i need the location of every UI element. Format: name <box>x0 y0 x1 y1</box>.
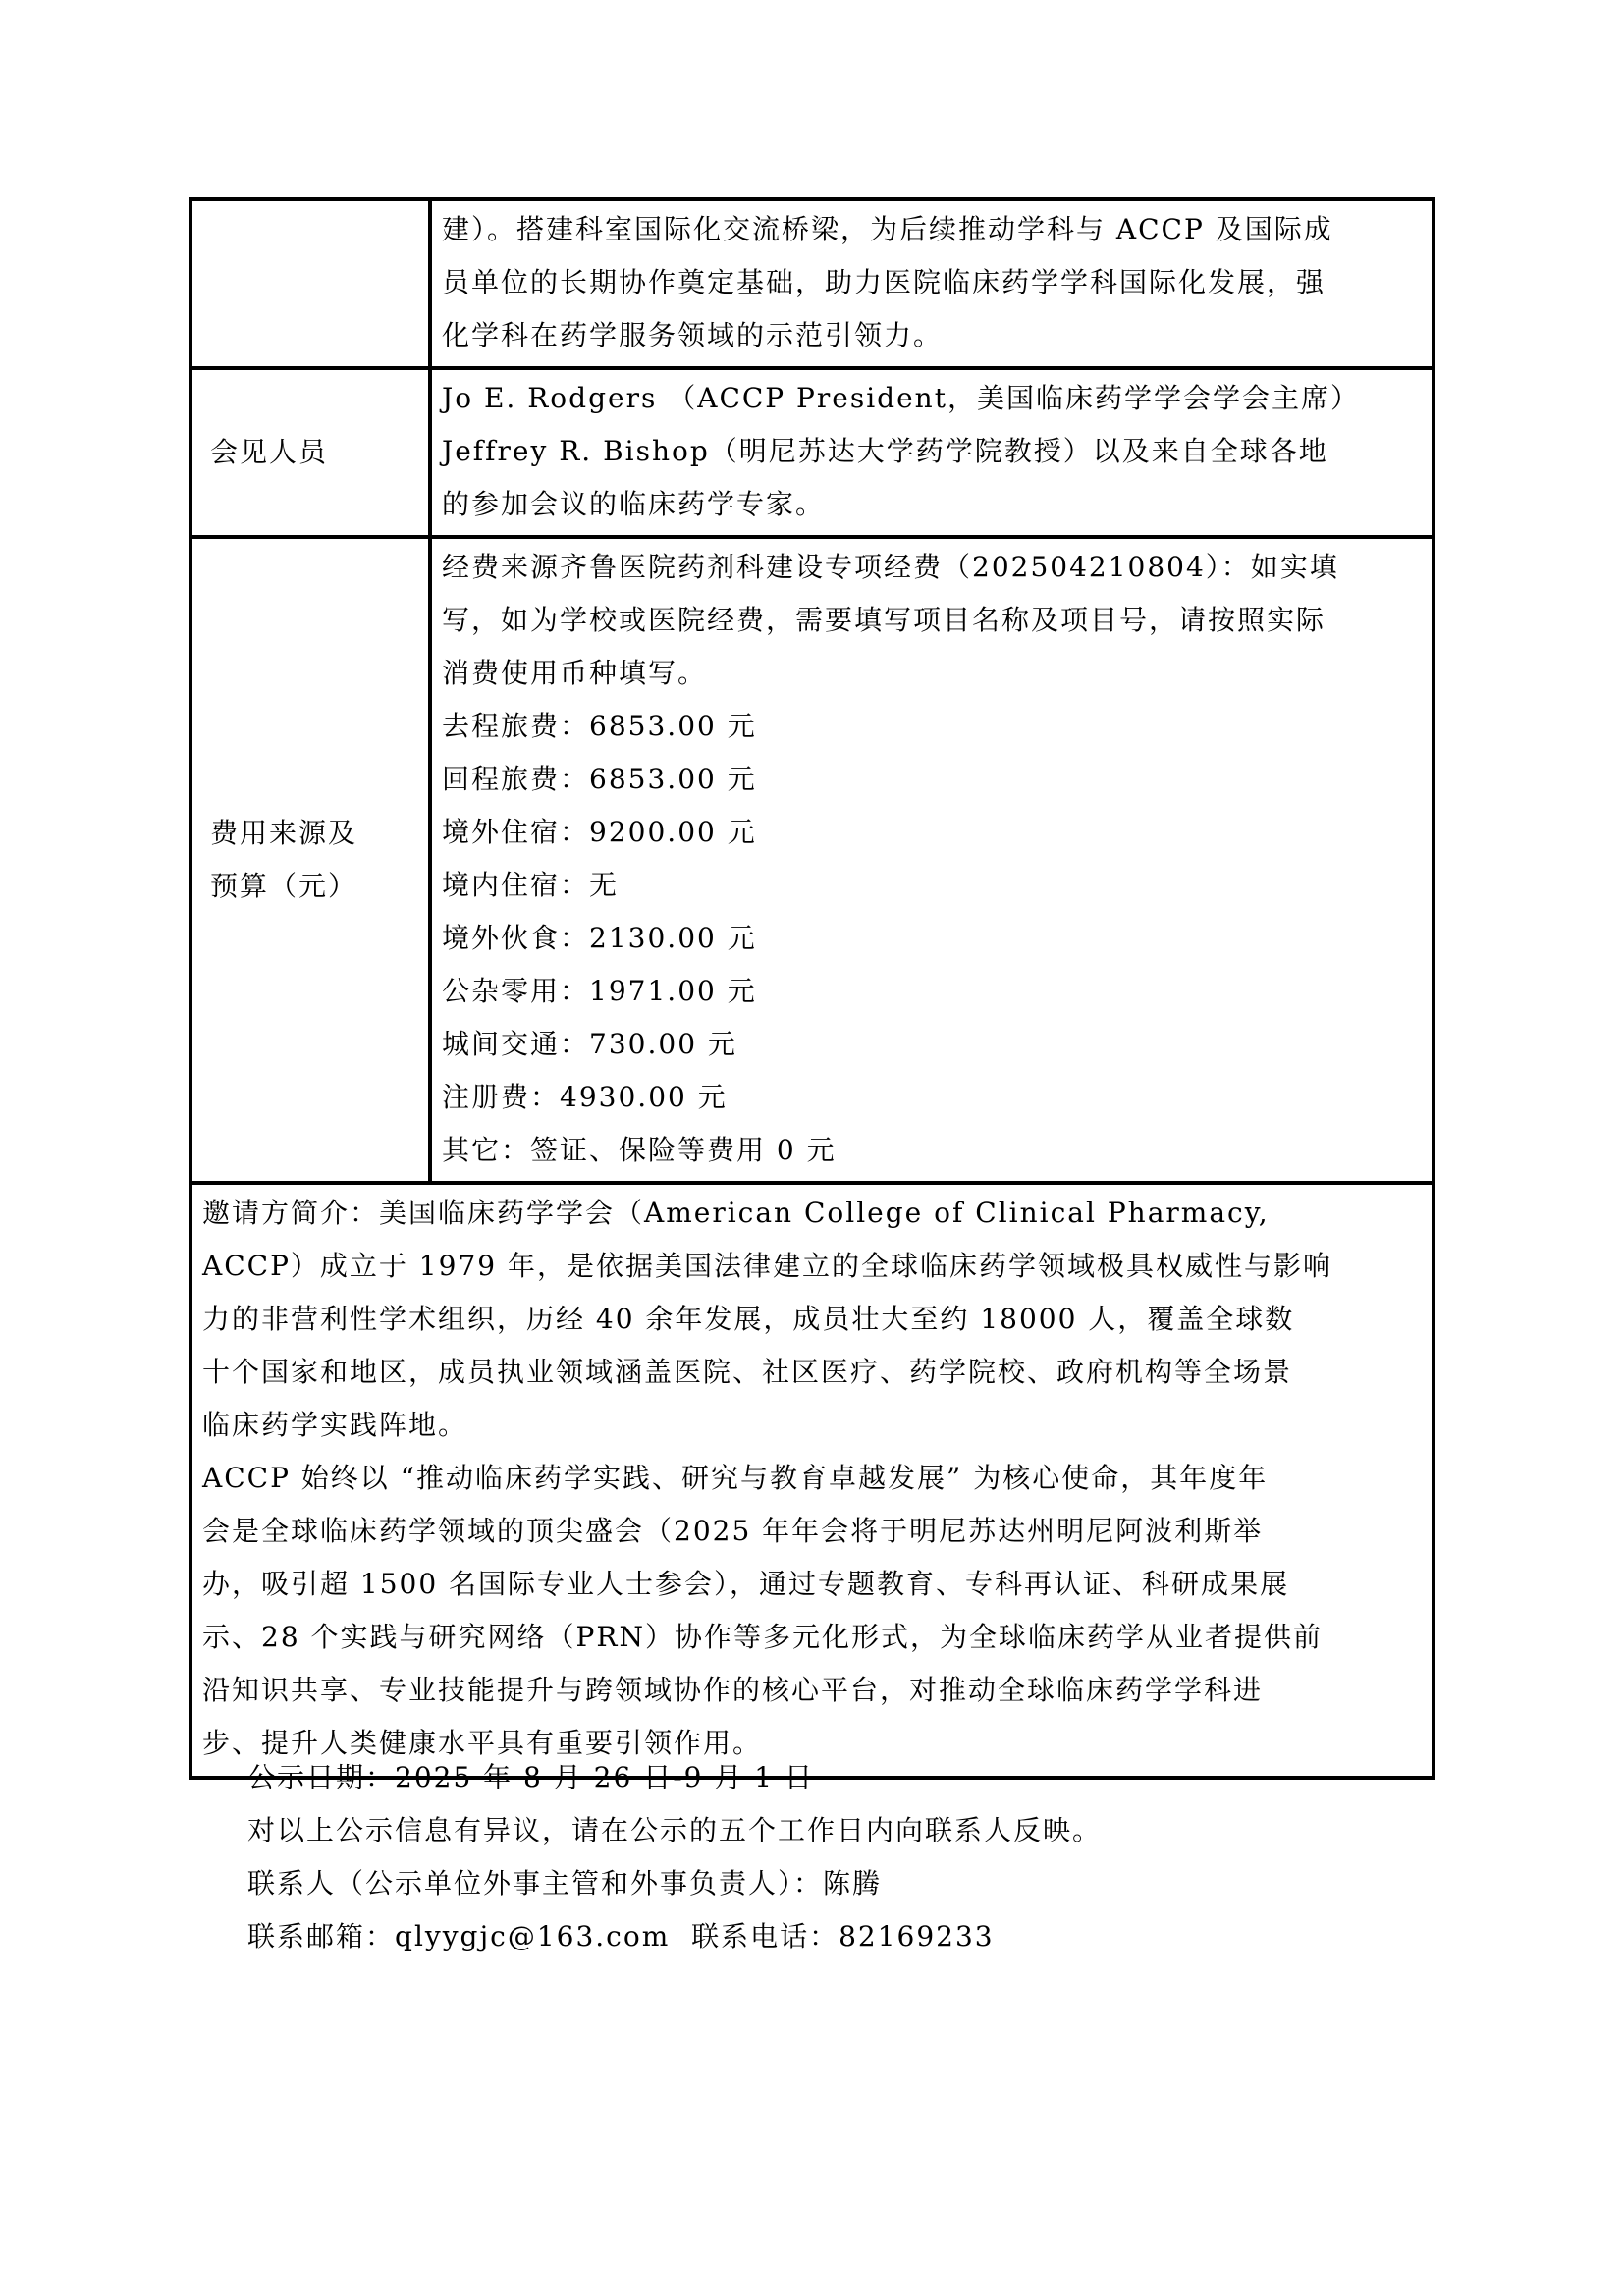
budget-item-name: 公杂零用 <box>442 975 560 1007</box>
budget-item: 回程旅费：6853.00 元 <box>442 753 1422 806</box>
inviter-intro-line: 办，吸引超 1500 名国际专业人士参会），通过专题教育、专科再认证、科研成果展 <box>202 1558 1422 1611</box>
budget-item: 公杂零用：1971.00 元 <box>442 965 1422 1018</box>
meeting-people-line: Jo E. Rodgers （ACCP President，美国临床药学学会学会… <box>442 372 1422 425</box>
meeting-people-line: Jeffrey R. Bishop（明尼苏达大学药学院教授）以及来自全球各地 <box>442 425 1422 478</box>
inviter-intro-line: 示、28 个实践与研究网络（PRN）协作等多元化形式，为全球临床药学从业者提供前 <box>202 1611 1422 1664</box>
budget-label-line: 预算（元） <box>210 860 428 913</box>
budget-item-name: 回程旅费 <box>442 763 560 795</box>
meeting-people-label: 会见人员 <box>190 368 430 537</box>
meeting-people-content: Jo E. Rodgers （ACCP President，美国临床药学学会学会… <box>430 368 1434 537</box>
contact-person: 联系人（公示单位外事主管和外事负责人）：陈腾 <box>247 1857 1102 1910</box>
budget-item-name: 境外伙食 <box>442 922 560 954</box>
purpose-line: 员单位的长期协作奠定基础，助力医院临床药学学科国际化发展，强 <box>442 256 1422 309</box>
budget-item-name: 去程旅费 <box>442 710 560 742</box>
budget-item: 境内住宿：无 <box>442 859 1422 912</box>
budget-item: 城间交通：730.00 元 <box>442 1018 1422 1071</box>
purpose-label-cell <box>190 199 430 368</box>
inviter-intro-line: 十个国家和地区，成员执业领域涵盖医院、社区医疗、药学院校、政府机构等全场景 <box>202 1346 1422 1399</box>
table-row-purpose: 建）。搭建科室国际化交流桥梁，为后续推动学科与 ACCP 及国际成 员单位的长期… <box>190 199 1434 368</box>
notice-footer: 公示日期：2025 年 8 月 26 日-9 月 1 日 对以上公示信息有异议，… <box>247 1751 1102 1963</box>
objection-note: 对以上公示信息有异议，请在公示的五个工作日内向联系人反映。 <box>247 1804 1102 1857</box>
budget-item: 去程旅费：6853.00 元 <box>442 700 1422 753</box>
budget-item-value: 730.00 元 <box>589 1028 737 1060</box>
funding-source-line: 经费来源齐鲁医院药剂科建设专项经费（202504210804）：如实填 <box>442 541 1422 594</box>
table-row-budget: 费用来源及 预算（元） 经费来源齐鲁医院药剂科建设专项经费（2025042108… <box>190 537 1434 1183</box>
contact-phone: 82169233 <box>839 1920 995 1952</box>
budget-item-name: 注册费 <box>442 1081 530 1113</box>
purpose-content-cell: 建）。搭建科室国际化交流桥梁，为后续推动学科与 ACCP 及国际成 员单位的长期… <box>430 199 1434 368</box>
application-form-table: 建）。搭建科室国际化交流桥梁，为后续推动学科与 ACCP 及国际成 员单位的长期… <box>189 197 1435 1780</box>
budget-item: 境外伙食：2130.00 元 <box>442 912 1422 965</box>
inviter-intro-line: 邀请方简介：美国临床药学学会（American College of Clini… <box>202 1187 1422 1240</box>
funding-source-line: 消费使用币种填写。 <box>442 647 1422 700</box>
inviter-intro-line: 力的非营利性学术组织，历经 40 余年发展，成员壮大至约 18000 人，覆盖全… <box>202 1293 1422 1346</box>
table-row-meeting-people: 会见人员 Jo E. Rodgers （ACCP President，美国临床药… <box>190 368 1434 537</box>
table-row-inviter-intro: 邀请方简介：美国临床药学学会（American College of Clini… <box>190 1183 1434 1778</box>
budget-item: 其它：签证、保险等费用 0 元 <box>442 1124 1422 1177</box>
budget-item-value: 签证、保险等费用 0 元 <box>530 1134 837 1166</box>
budget-item: 注册费：4930.00 元 <box>442 1071 1422 1124</box>
budget-item-value: 4930.00 元 <box>560 1081 728 1113</box>
inviter-intro-line: 沿知识共享、专业技能提升与跨领域协作的核心平台，对推动全球临床药学学科进 <box>202 1664 1422 1717</box>
contact-info: 联系邮箱：qlyygjc@163.com 联系电话：82169233 <box>247 1910 1102 1963</box>
inviter-intro-line: 会是全球临床药学领域的顶尖盛会（2025 年年会将于明尼苏达州明尼阿波利斯举 <box>202 1505 1422 1558</box>
contact-email[interactable]: qlyygjc@163.com <box>395 1920 670 1952</box>
purpose-line: 化学科在药学服务领域的示范引领力。 <box>442 309 1422 362</box>
budget-label: 费用来源及 预算（元） <box>190 537 430 1183</box>
meeting-people-line: 的参加会议的临床药学专家。 <box>442 478 1422 531</box>
inviter-intro-line: ACCP 始终以 “推动临床药学实践、研究与教育卓越发展” 为核心使命，其年度年 <box>202 1452 1422 1505</box>
budget-item-value: 2130.00 元 <box>589 922 757 954</box>
inviter-intro-cell: 邀请方简介：美国临床药学学会（American College of Clini… <box>190 1183 1434 1778</box>
budget-item-name: 境内住宿 <box>442 869 560 901</box>
budget-item: 境外住宿：9200.00 元 <box>442 806 1422 859</box>
purpose-line: 建）。搭建科室国际化交流桥梁，为后续推动学科与 ACCP 及国际成 <box>442 203 1422 256</box>
budget-item-value: 6853.00 元 <box>589 710 757 742</box>
budget-label-line: 费用来源及 <box>210 807 428 860</box>
inviter-intro-line: 临床药学实践阵地。 <box>202 1399 1422 1452</box>
budget-item-name: 其它 <box>442 1134 501 1166</box>
budget-content: 经费来源齐鲁医院药剂科建设专项经费（202504210804）：如实填 写，如为… <box>430 537 1434 1183</box>
budget-item-value: 9200.00 元 <box>589 816 757 848</box>
funding-source-line: 写，如为学校或医院经费，需要填写项目名称及项目号，请按照实际 <box>442 594 1422 647</box>
budget-item-name: 境外住宿 <box>442 816 560 848</box>
budget-item-value: 6853.00 元 <box>589 763 757 795</box>
phone-label: 联系电话： <box>670 1920 839 1952</box>
email-label: 联系邮箱： <box>247 1920 395 1952</box>
notice-date: 公示日期：2025 年 8 月 26 日-9 月 1 日 <box>247 1751 1102 1804</box>
budget-item-value: 1971.00 元 <box>589 975 757 1007</box>
budget-item-name: 城间交通 <box>442 1028 560 1060</box>
document-page: 建）。搭建科室国际化交流桥梁，为后续推动学科与 ACCP 及国际成 员单位的长期… <box>0 0 1624 2296</box>
budget-item-value: 无 <box>589 869 619 901</box>
inviter-intro-line: ACCP）成立于 1979 年，是依据美国法律建立的全球临床药学领域极具权威性与… <box>202 1240 1422 1293</box>
